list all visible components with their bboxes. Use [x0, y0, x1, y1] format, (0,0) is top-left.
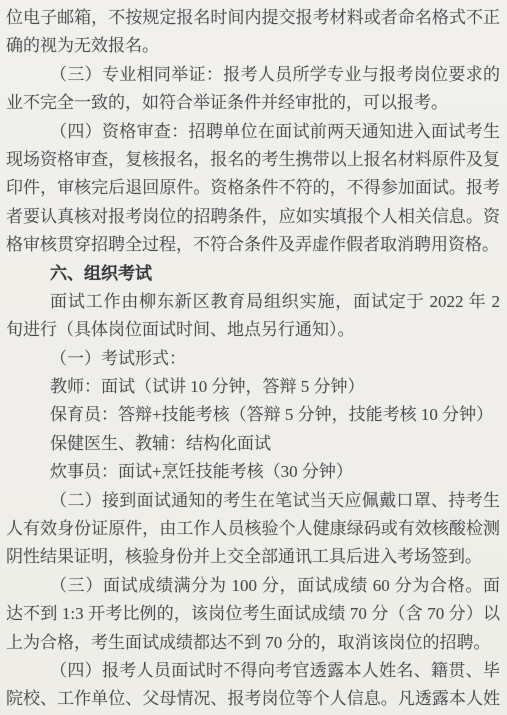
document-line: 业不完全一致的，如符合举证条件并经审批的，可以报考。 [6, 89, 500, 117]
document-line: 阴性结果证明，核验身份并上交全部通讯工具后进入考场签到。 [6, 543, 500, 571]
document-line: （三）面试成绩满分为 100 分，面试成绩 60 分为合格。面试时 [6, 572, 500, 600]
document-line: 炊事员：面试+烹饪技能考核（30 分钟） [6, 458, 500, 486]
document-line: 印件，审核完后退回原件。资格条件不符的，不得参加面试。报考 [6, 174, 500, 202]
document-line: 位电子邮箱，不按规定报名时间内提交报考材料或者命名格式不正 [6, 4, 500, 32]
document-line: 者要认真核对报考岗位的招聘条件，应如实填报个人相关信息。资 [6, 203, 500, 231]
document-line: 人有效身份证原件，由工作人员核验个人健康绿码或有效核酸检测 [6, 515, 500, 543]
document-line: （二）接到面试通知的考生在笔试当天应佩戴口罩、持考生本 [6, 487, 500, 515]
document-line: 现场资格审查，复核报名，报名的考生携带以上报名材料原件及复 [6, 146, 500, 174]
document-line: （三）专业相同举证：报考人员所学专业与报考岗位要求的专 [6, 61, 500, 89]
document-line: 面试工作由柳东新区教育局组织实施，面试定于 2022 年 2 月下 [6, 288, 500, 316]
document-line: （四）报考人员面试时不得向考官透露本人姓名、籍贯、毕业 [6, 657, 500, 685]
document-line: （四）资格审查：招聘单位在面试前两天通知进入面试考生到 [6, 118, 500, 146]
document-line: 院校、工作单位、父母情况、报考岗位等个人信息。凡透露本人姓 [6, 685, 500, 713]
document-line: 确的视为无效报名。 [6, 32, 500, 60]
document-line: 教师：面试（试讲 10 分钟，答辩 5 分钟） [6, 373, 500, 401]
document-line: 格审核贯穿招聘全过程，不符合条件及弄虚作假者取消聘用资格。 [6, 231, 500, 259]
document-line: 达不到 1:3 开考比例的，该岗位考生面试成绩 70 分（含 70 分）以 [6, 600, 500, 628]
section-heading: 六、组织考试 [6, 260, 500, 288]
document-line: （一）考试形式： [6, 345, 500, 373]
document-line: 上为合格，考生面试成绩都达不到 70 分的，取消该岗位的招聘。 [6, 629, 500, 657]
document-line: 保育员：答辩+技能考核（答辩 5 分钟，技能考核 10 分钟） [6, 401, 500, 429]
document-page: 位电子邮箱，不按规定报名时间内提交报考材料或者命名格式不正 确的视为无效报名。 … [0, 0, 507, 715]
document-line: 保健医生、教辅：结构化面试 [6, 430, 500, 458]
document-line: 旬进行（具体岗位面试时间、地点另行通知）。 [6, 316, 500, 344]
